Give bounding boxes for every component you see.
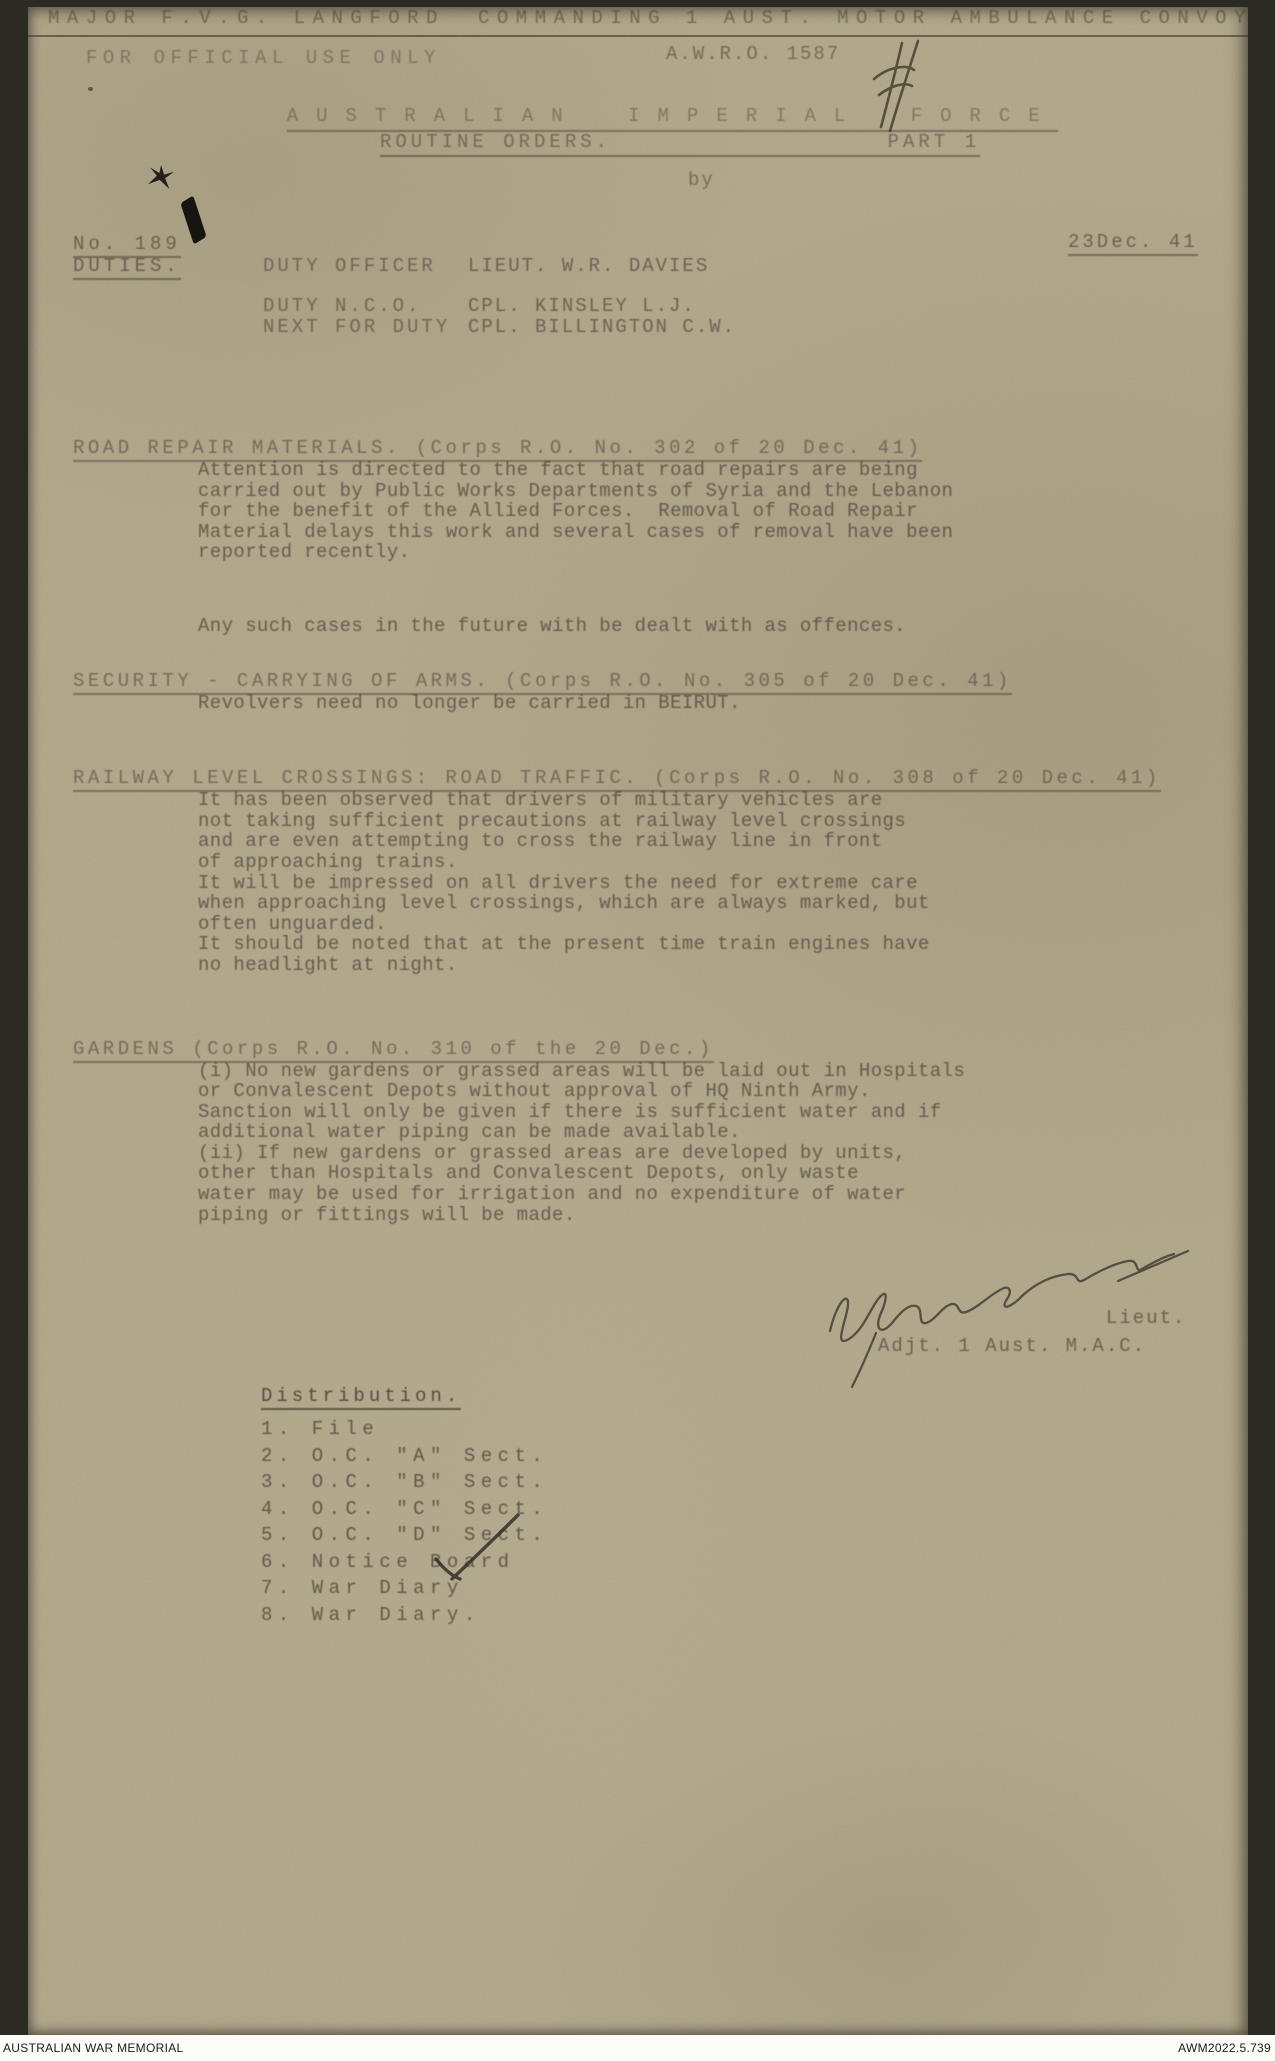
duty-role: DUTY OFFICER bbox=[263, 255, 436, 277]
section-text-line: Attention is directed to the fact that r… bbox=[73, 460, 1212, 481]
duty-row: DUTY OFFICERLIEUT. W.R. DAVIES bbox=[28, 255, 1248, 277]
duty-role: NEXT FOR DUTY bbox=[263, 316, 450, 338]
section-text-line: or Convalescent Depots without approval … bbox=[73, 1081, 1212, 1102]
section-text-line: other than Hospitals and Convalescent De… bbox=[73, 1163, 1212, 1184]
distribution-item: 6. Notice Board bbox=[261, 1549, 548, 1576]
order-section: RAILWAY LEVEL CROSSINGS: ROAD TRAFFIC. (… bbox=[73, 767, 1212, 975]
section-text-line: piping or fittings will be made. bbox=[73, 1205, 1212, 1226]
order-section: GARDENS (Corps R.O. No. 310 of the 20 De… bbox=[73, 1038, 1212, 1226]
archive-footer-bar: AUSTRALIAN WAR MEMORIAL AWM2022.5.739 bbox=[0, 2035, 1275, 2061]
section-heading: ROAD REPAIR MATERIALS. (Corps R.O. No. 3… bbox=[73, 437, 1212, 460]
section-text-line: It will be impressed on all drivers the … bbox=[73, 873, 1212, 894]
document-page: FOR OFFICIAL USE ONLY A.W.R.O. 1587 AUST… bbox=[28, 7, 1248, 2035]
section-text-line: not taking sufficient precautions at rai… bbox=[73, 811, 1212, 832]
section-text-line: of approaching trains. bbox=[73, 852, 1212, 873]
punch-hole-tear bbox=[180, 195, 206, 244]
archive-name: AUSTRALIAN WAR MEMORIAL bbox=[3, 2041, 183, 2055]
section-text-line: (i) No new gardens or grassed areas will… bbox=[73, 1061, 1212, 1082]
section-text-line: Any such cases in the future with be dea… bbox=[73, 616, 1212, 637]
section-text-line: water may be used for irrigation and no … bbox=[73, 1184, 1212, 1205]
document-subtitle: ROUTINE ORDERS. PART 1 bbox=[380, 131, 980, 157]
order-number: No. 189 bbox=[73, 233, 181, 255]
section-text-line: Sanction will only be given if there is … bbox=[73, 1102, 1212, 1123]
section-text-line: no headlight at night. bbox=[73, 955, 1212, 976]
duty-row: NEXT FOR DUTYCPL. BILLINGTON C.W. bbox=[28, 316, 1248, 338]
section-text-line: (ii) If new gardens or grassed areas are… bbox=[73, 1143, 1212, 1164]
paragraph-spacer bbox=[73, 563, 1212, 616]
by-label: by bbox=[688, 169, 715, 191]
issuing-officer-line: MAJOR F.V.G. LANGFORD COMMANDING 1 AUST.… bbox=[28, 7, 1248, 37]
distribution-item: 1. File bbox=[261, 1416, 548, 1443]
section-heading-text: GARDENS (Corps R.O. No. 310 of the 20 De… bbox=[73, 1038, 714, 1063]
paper-tear bbox=[148, 165, 174, 189]
section-text-line: carried out by Public Works Departments … bbox=[73, 481, 1212, 502]
section-text-line: when approaching level crossings, which … bbox=[73, 893, 1212, 914]
section-text-line: reported recently. bbox=[73, 542, 1212, 563]
issuing-command: COMMANDING 1 AUST. MOTOR AMBULANCE CONVO… bbox=[478, 7, 1248, 29]
distribution-item: 2. O.C. "A" Sect. bbox=[261, 1443, 548, 1470]
section-heading: RAILWAY LEVEL CROSSINGS: ROAD TRAFFIC. (… bbox=[73, 767, 1212, 790]
signature-role: Adjt. 1 Aust. M.A.C. bbox=[878, 1335, 1146, 1357]
section-text-line: for the benefit of the Allied Forces. Re… bbox=[73, 501, 1212, 522]
archive-item-id: AWM2022.5.739 bbox=[1178, 2041, 1271, 2055]
section-text-line: additional water piping can be made avai… bbox=[73, 1122, 1212, 1143]
duty-person: CPL. KINSLEY L.J. bbox=[468, 295, 696, 317]
section-text-line: Revolvers need no longer be carried in B… bbox=[73, 693, 1212, 714]
duty-row: DUTY N.C.O.CPL. KINSLEY L.J. bbox=[28, 295, 1248, 317]
signature-rank: Lieut. bbox=[1106, 1307, 1186, 1329]
order-section: SECURITY - CARRYING OF ARMS. (Corps R.O.… bbox=[73, 670, 1212, 714]
section-text-line: It has been observed that drivers of mil… bbox=[73, 790, 1212, 811]
distribution-item: 3. O.C. "B" Sect. bbox=[261, 1469, 548, 1496]
scanned-document-view: FOR OFFICIAL USE ONLY A.W.R.O. 1587 AUST… bbox=[0, 0, 1275, 2061]
distribution-items: 1. File2. O.C. "A" Sect.3. O.C. "B" Sect… bbox=[261, 1416, 548, 1628]
issuing-officer-name: MAJOR F.V.G. LANGFORD bbox=[48, 7, 445, 29]
section-text-line: It should be noted that at the present t… bbox=[73, 934, 1212, 955]
classification-text: FOR OFFICIAL USE ONLY bbox=[86, 47, 441, 69]
section-text-line: Material delays this work and several ca… bbox=[73, 522, 1212, 543]
part-label: PART 1 bbox=[888, 131, 980, 153]
duty-role: DUTY N.C.O. bbox=[263, 295, 421, 317]
distribution-block: Distribution. 1. File2. O.C. "A" Sect.3.… bbox=[261, 1385, 548, 1628]
section-heading-text: SECURITY - CARRYING OF ARMS. (Corps R.O.… bbox=[73, 670, 1012, 695]
document-title-text: AUSTRALIAN IMPERIAL FORCE bbox=[287, 105, 1058, 132]
distribution-item: 7. War Diary bbox=[261, 1575, 548, 1602]
distribution-heading: Distribution. bbox=[261, 1385, 461, 1410]
section-heading: SECURITY - CARRYING OF ARMS. (Corps R.O.… bbox=[73, 670, 1212, 693]
distribution-item: 4. O.C. "C" Sect. bbox=[261, 1496, 548, 1523]
duty-person: LIEUT. W.R. DAVIES bbox=[468, 255, 709, 277]
duty-person: CPL. BILLINGTON C.W. bbox=[468, 316, 736, 338]
section-text-line: and are even attempting to cross the rai… bbox=[73, 831, 1212, 852]
order-sections: ROAD REPAIR MATERIALS. (Corps R.O. No. 3… bbox=[73, 437, 1212, 1225]
order-date: 23Dec. 41 bbox=[1068, 231, 1198, 253]
document-reference-number: A.W.R.O. 1587 bbox=[666, 43, 840, 65]
routine-orders-label: ROUTINE ORDERS. bbox=[380, 131, 611, 153]
order-section: ROAD REPAIR MATERIALS. (Corps R.O. No. 3… bbox=[73, 437, 1212, 637]
section-heading: GARDENS (Corps R.O. No. 310 of the 20 De… bbox=[73, 1038, 1212, 1061]
section-text-line: often unguarded. bbox=[73, 914, 1212, 935]
distribution-item: 5. O.C. "D" Sect. bbox=[261, 1522, 548, 1549]
distribution-item: 8. War Diary. bbox=[261, 1602, 548, 1629]
